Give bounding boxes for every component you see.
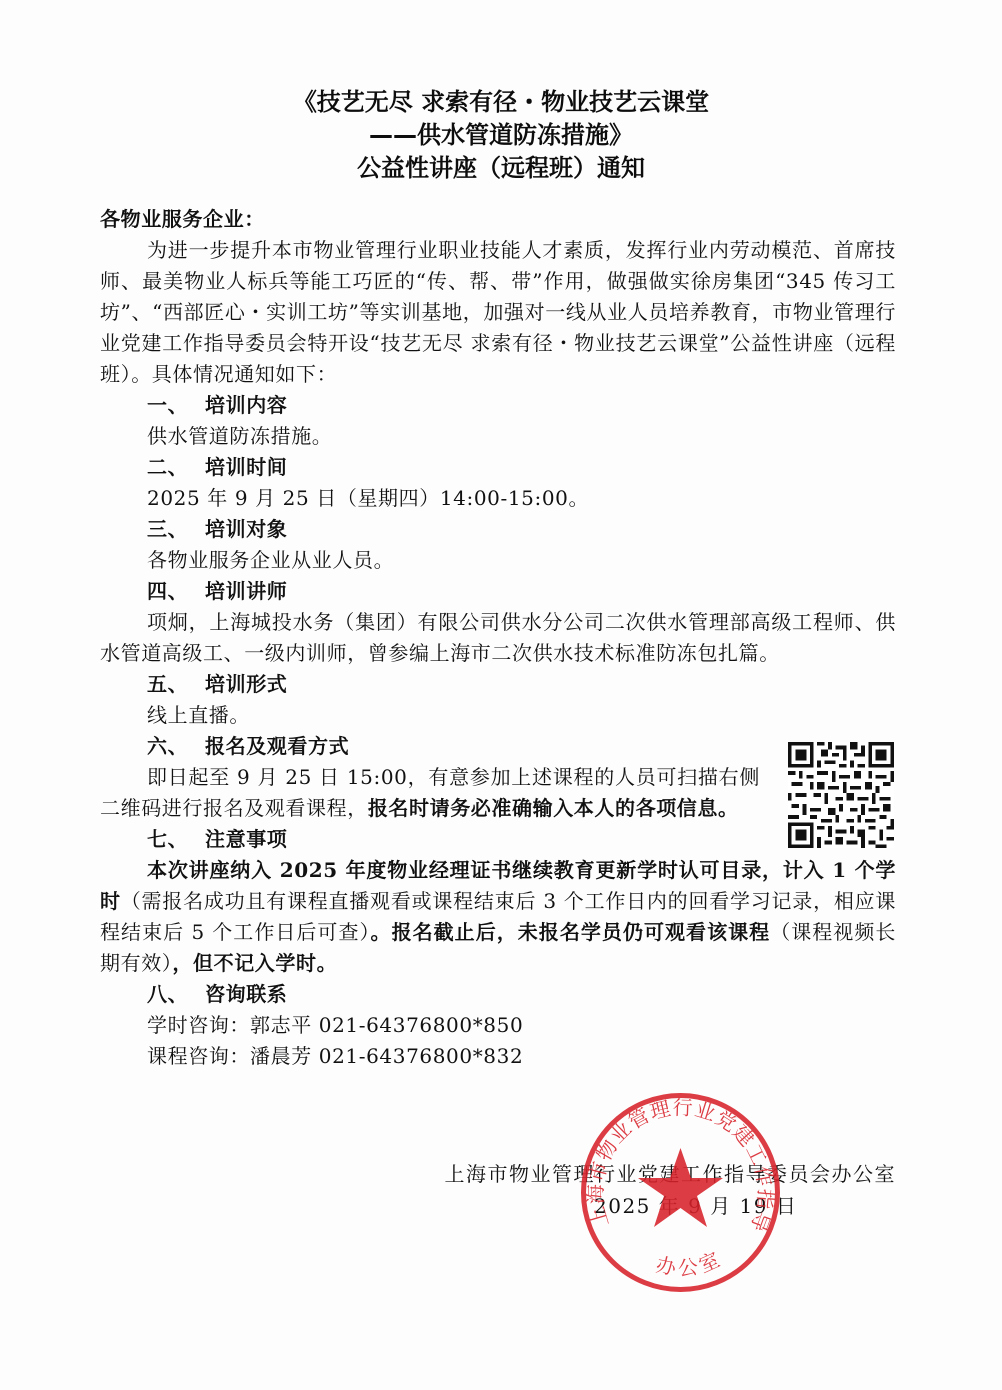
registration-warning: 报名时请务必准确输入本人的各项信息。 — [368, 796, 739, 820]
section-heading-8: 八、咨询联系 — [100, 979, 896, 1010]
svg-text:办公室: 办公室 — [654, 1246, 727, 1281]
contact-hours: 学时咨询：郭志平 021-64376800*850 — [100, 1010, 896, 1041]
document-title: 《技艺无尽 求索有径・物业技艺云课堂 ——供水管道防冻措施》 公益性讲座（远程班… — [0, 86, 1002, 185]
contact-phone: 021-64376800*832 — [319, 1044, 524, 1068]
salutation: 各物业服务企业： — [100, 204, 896, 235]
section-content-6: 即日起至 9 月 25 日 15:00，有意参加上述课程的人员可扫描右侧二维码进… — [100, 762, 760, 824]
issuing-organization: 上海市物业管理行业党建工作指导委员会办公室 — [420, 1158, 896, 1190]
section-content-2: 2025 年 9 月 25 日（星期四）14:00-15:00。 — [100, 483, 896, 514]
issue-date: 2025 年 9 月 19 日 — [420, 1190, 896, 1222]
section-content-4: 项炯，上海城投水务（集团）有限公司供水分公司二次供水管理部高级工程师、供水管道高… — [100, 607, 896, 669]
document-page: 《技艺无尽 求索有径・物业技艺云课堂 ——供水管道防冻措施》 公益性讲座（远程班… — [0, 0, 1002, 1390]
section-heading-3: 三、培训对象 — [100, 514, 896, 545]
contact-phone: 021-64376800*850 — [319, 1013, 524, 1037]
section-heading-5: 五、培训形式 — [100, 669, 896, 700]
section-heading-2: 二、培训时间 — [100, 452, 896, 483]
section-content-1: 供水管道防冻措施。 — [100, 421, 896, 452]
signature-block: 上海市物业管理行业党建工作指导委员会办公室 2025 年 9 月 19 日 — [420, 1158, 896, 1222]
title-line-2: ——供水管道防冻措施》 — [0, 119, 1002, 152]
section-heading-4: 四、培训讲师 — [100, 576, 896, 607]
section-heading-6: 六、报名及观看方式 — [100, 731, 896, 762]
contact-course: 课程咨询：潘晨芳 021-64376800*832 — [100, 1041, 896, 1072]
section-heading-7: 七、注意事项 — [100, 824, 896, 855]
intro-paragraph: 为进一步提升本市物业管理行业职业技能人才素质，发挥行业内劳动模范、首席技师、最美… — [100, 235, 896, 390]
document-body: 各物业服务企业： 为进一步提升本市物业管理行业职业技能人才素质，发挥行业内劳动模… — [100, 204, 896, 1072]
section-content-3: 各物业服务企业从业人员。 — [100, 545, 896, 576]
title-line-3: 公益性讲座（远程班）通知 — [0, 152, 1002, 185]
section-content-5: 线上直播。 — [100, 700, 896, 731]
title-line-1: 《技艺无尽 求索有径・物业技艺云课堂 — [0, 86, 1002, 119]
section-heading-1: 一、培训内容 — [100, 390, 896, 421]
qr-code-icon[interactable] — [788, 742, 894, 848]
section-content-7: 本次讲座纳入 2025 年度物业经理证书继续教育更新学时认可目录，计入 1 个学… — [100, 855, 896, 979]
